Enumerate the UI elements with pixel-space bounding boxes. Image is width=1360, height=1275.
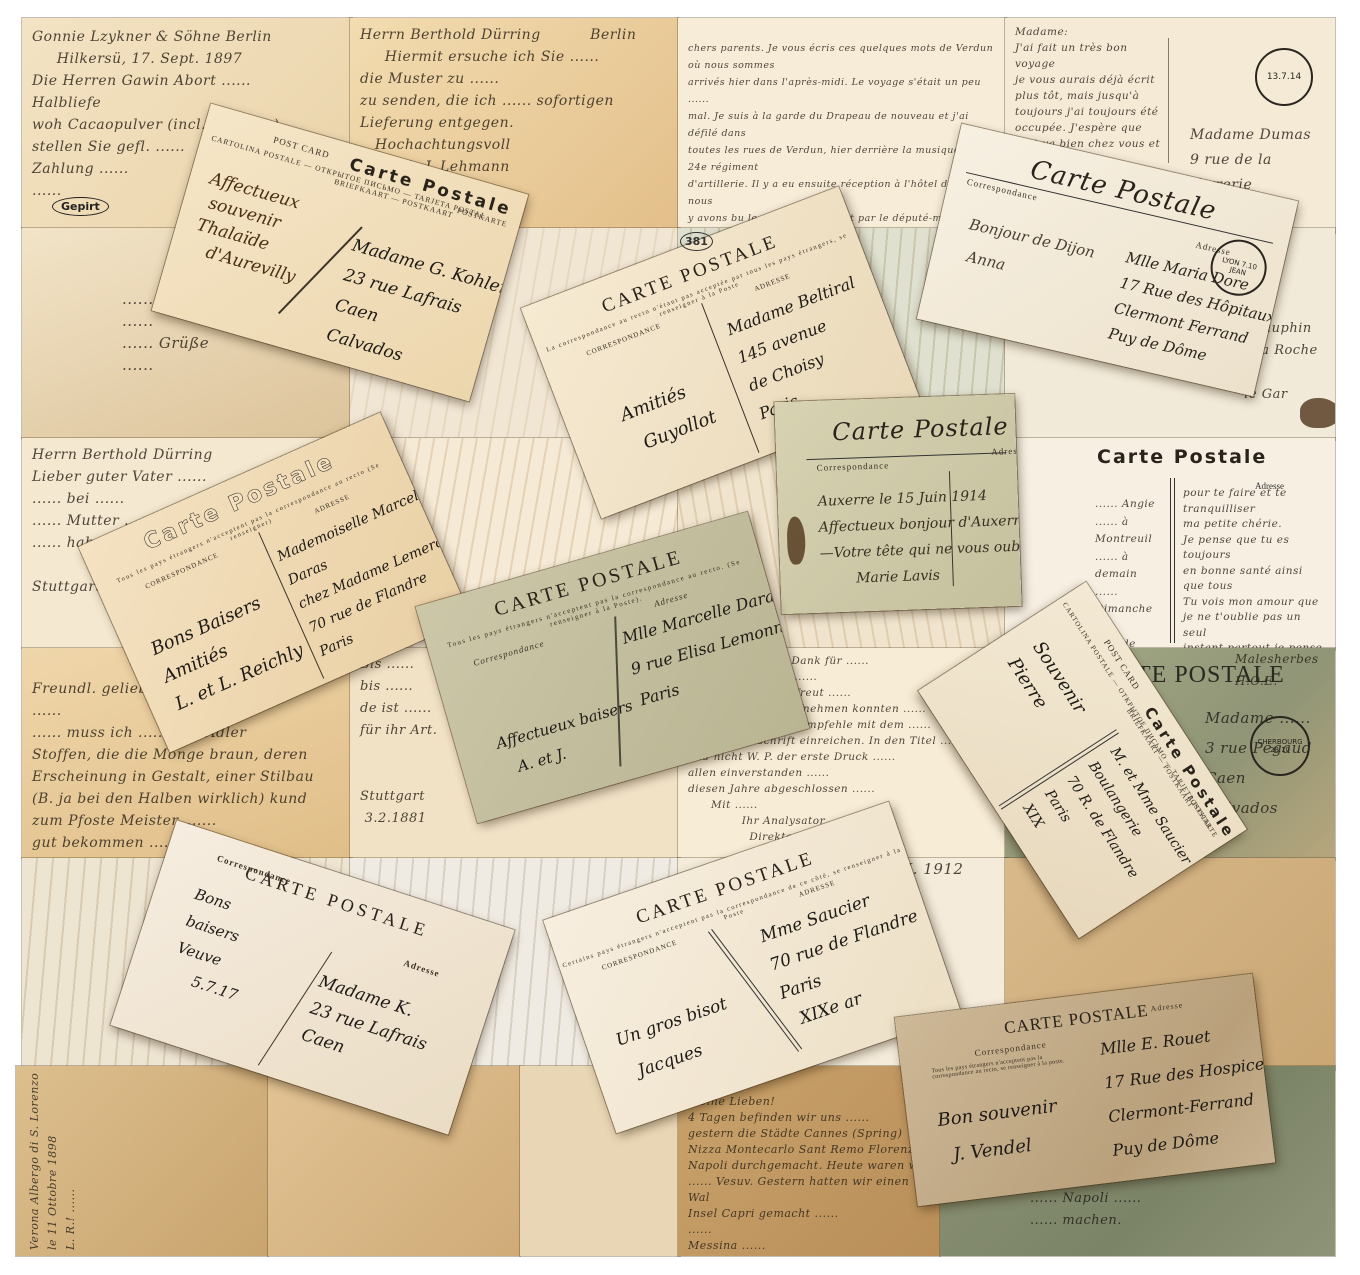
card-title: Carte Postale [825,412,1016,447]
postmark-stamp: CHERBOURG 28.10 [1250,716,1310,776]
divider-line [1170,478,1175,643]
message-text: Affectueux souvenir Thalaïde d'Aurevilly [187,167,318,289]
card-subtitle: Tous les pays étrangers n'acceptent pas … [931,1052,1071,1081]
message-text: Bons baisers Veuve 5.7.17 [165,880,268,1009]
message-text: Auxerre le 15 Juin 1914 Affectueux bonjo… [817,480,1021,593]
handwritten-text: Verona Albergo di S. Lorenzo le 11 Ottob… [26,1072,258,1250]
message-text: Affectueux baisers A. et J. [493,692,644,785]
postmark-number: 381 [680,232,713,251]
handwritten-text: Meine Lieben! 4 Tagen befinden wir uns .… [688,1094,930,1250]
title-rule [806,452,1006,460]
message-text: pour te faire et te tranquilliser ma pet… [1183,486,1325,644]
stain-mark [786,516,806,565]
message-text: Bonjour de Dijon Anna [959,208,1099,299]
address-text: Mlle E. Rouet 17 Rue des Hospices Clermo… [1098,1012,1275,1168]
message-text: Amitiés Guyollot [615,369,722,464]
stamp-label: Gepirt [52,197,109,216]
message-text: Un gros bisot Jacques [611,986,744,1092]
postcard-collage: Gonnie Lzykner & Söhne Berlin Hilkersü, … [0,0,1360,1275]
divider-line [1168,38,1169,163]
message-text: Bon souvenir J. Vendel [936,1089,1064,1175]
letter-background-card: Verona Albergo di S. Lorenzo le 11 Ottob… [16,1066,268,1256]
ink-stain [1300,398,1335,428]
address-text: Madame K. 23 rue Lafrais Caen [298,968,440,1086]
address-label: Adresse [403,958,442,979]
correspondence-label: Correspondance [817,460,890,473]
message-text: Bons Baisers Amitiés L. et L. Reichly [146,581,309,719]
postmark-stamp: 13.7.14 [1255,48,1313,106]
postcard: Carte Postale Correspondance Adresse Aux… [774,394,1021,614]
card-title: Carte Postale [1097,446,1267,468]
message-text: Souvenir Pierre [999,635,1094,736]
